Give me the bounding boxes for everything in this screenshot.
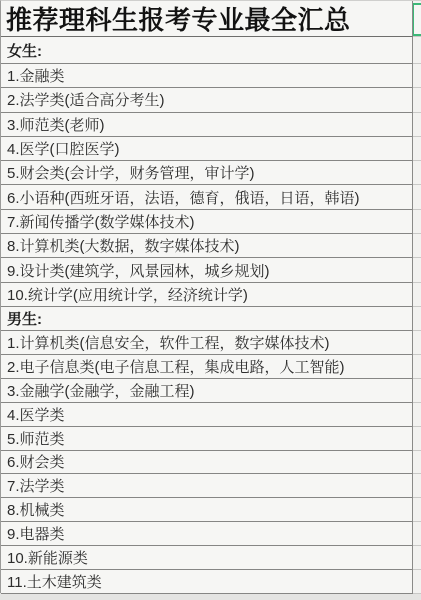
item-text: 1.金融类 — [7, 65, 65, 86]
page-title: 推荐理科生报考专业最全汇总 — [6, 1, 351, 37]
item-text: 9.电器类 — [7, 523, 65, 544]
side-cell[interactable] — [413, 185, 421, 209]
side-cell[interactable] — [413, 451, 421, 475]
item-text: 6.小语种(西班牙语，法语，德育，俄语，日语，韩语) — [7, 187, 360, 208]
item-text: 4.医学(口腔医学) — [7, 138, 120, 159]
item-cell[interactable]: 7.法学类 — [1, 474, 413, 498]
item-text: 5.财会类(会计学，财务管理，审计学) — [7, 162, 255, 183]
side-cell[interactable] — [413, 283, 421, 307]
side-cell[interactable] — [413, 379, 421, 403]
item-cell[interactable]: 1.计算机类(信息安全，软件工程，数字媒体技术) — [1, 331, 413, 355]
side-cell[interactable] — [413, 88, 421, 112]
side-cell[interactable] — [413, 161, 421, 185]
section-label-cell-girls[interactable]: 女生: — [1, 37, 413, 64]
side-cell[interactable] — [413, 427, 421, 451]
side-cell[interactable] — [413, 37, 421, 64]
section-label: 男生: — [7, 308, 42, 329]
item-cell[interactable]: 8.计算机类(大数据，数字媒体技术) — [1, 234, 413, 258]
section-label-cell-boys[interactable]: 男生: — [1, 307, 413, 331]
side-cell[interactable] — [413, 64, 421, 88]
item-text: 3.师范类(老师) — [7, 114, 105, 135]
side-cell[interactable] — [413, 331, 421, 355]
side-cell[interactable] — [413, 403, 421, 427]
side-cell[interactable] — [413, 258, 421, 282]
item-text: 8.计算机类(大数据，数字媒体技术) — [7, 235, 240, 256]
item-cell[interactable]: 10.新能源类 — [1, 546, 413, 570]
item-text: 4.医学类 — [7, 404, 65, 425]
side-cell[interactable] — [413, 137, 421, 161]
spreadsheet-page: 推荐理科生报考专业最全汇总 女生: 1.金融类 2.法学类(适合高分考生) 3.… — [0, 0, 421, 600]
item-text: 7.新闻传播学(数学媒体技术) — [7, 211, 195, 232]
item-cell[interactable]: 3.金融学(金融学，金融工程) — [1, 379, 413, 403]
item-text: 8.机械类 — [7, 499, 65, 520]
section-label: 女生: — [7, 40, 42, 61]
item-cell[interactable]: 9.电器类 — [1, 522, 413, 546]
title-cell[interactable]: 推荐理科生报考专业最全汇总 — [1, 1, 413, 37]
side-cell[interactable] — [413, 234, 421, 258]
item-text: 9.设计类(建筑学，风景园林，城乡规划) — [7, 260, 270, 281]
side-cell[interactable] — [413, 498, 421, 522]
item-cell[interactable]: 1.金融类 — [1, 64, 413, 88]
item-cell[interactable]: 7.新闻传播学(数学媒体技术) — [1, 210, 413, 234]
item-text: 7.法学类 — [7, 475, 65, 496]
item-text: 10.新能源类 — [7, 547, 88, 568]
item-cell[interactable]: 6.财会类 — [1, 451, 413, 475]
selected-cell[interactable] — [413, 1, 421, 37]
item-cell[interactable]: 4.医学类 — [1, 403, 413, 427]
item-cell[interactable]: 2.法学类(适合高分考生) — [1, 88, 413, 112]
side-cell[interactable] — [413, 307, 421, 331]
side-cell[interactable] — [413, 546, 421, 570]
side-cell[interactable] — [413, 113, 421, 137]
item-text: 11.土木建筑类 — [7, 571, 102, 592]
item-text: 5.师范类 — [7, 428, 65, 449]
item-cell[interactable]: 11.土木建筑类 — [1, 570, 413, 594]
item-cell[interactable]: 2.电子信息类(电子信息工程，集成电路，人工智能) — [1, 355, 413, 379]
item-text: 2.法学类(适合高分考生) — [7, 89, 165, 110]
side-cell[interactable] — [413, 522, 421, 546]
item-cell[interactable]: 5.师范类 — [1, 427, 413, 451]
side-cell[interactable] — [413, 474, 421, 498]
item-cell[interactable]: 8.机械类 — [1, 498, 413, 522]
item-text: 6.财会类 — [7, 451, 65, 472]
side-cell[interactable] — [413, 210, 421, 234]
item-cell[interactable]: 4.医学(口腔医学) — [1, 137, 413, 161]
item-cell[interactable]: 3.师范类(老师) — [1, 113, 413, 137]
item-cell[interactable]: 9.设计类(建筑学，风景园林，城乡规划) — [1, 258, 413, 282]
item-text: 3.金融学(金融学，金融工程) — [7, 380, 195, 401]
side-cell[interactable] — [413, 570, 421, 594]
worksheet-grid: 推荐理科生报考专业最全汇总 女生: 1.金融类 2.法学类(适合高分考生) 3.… — [0, 0, 421, 593]
item-cell[interactable]: 10.统计学(应用统计学，经济统计学) — [1, 283, 413, 307]
item-cell[interactable]: 5.财会类(会计学，财务管理，审计学) — [1, 161, 413, 185]
side-cell[interactable] — [413, 355, 421, 379]
item-text: 1.计算机类(信息安全，软件工程，数字媒体技术) — [7, 332, 330, 353]
item-text: 10.统计学(应用统计学，经济统计学) — [7, 284, 248, 305]
selection-border — [413, 3, 421, 36]
item-cell[interactable]: 6.小语种(西班牙语，法语，德育，俄语，日语，韩语) — [1, 185, 413, 209]
item-text: 2.电子信息类(电子信息工程，集成电路，人工智能) — [7, 356, 345, 377]
